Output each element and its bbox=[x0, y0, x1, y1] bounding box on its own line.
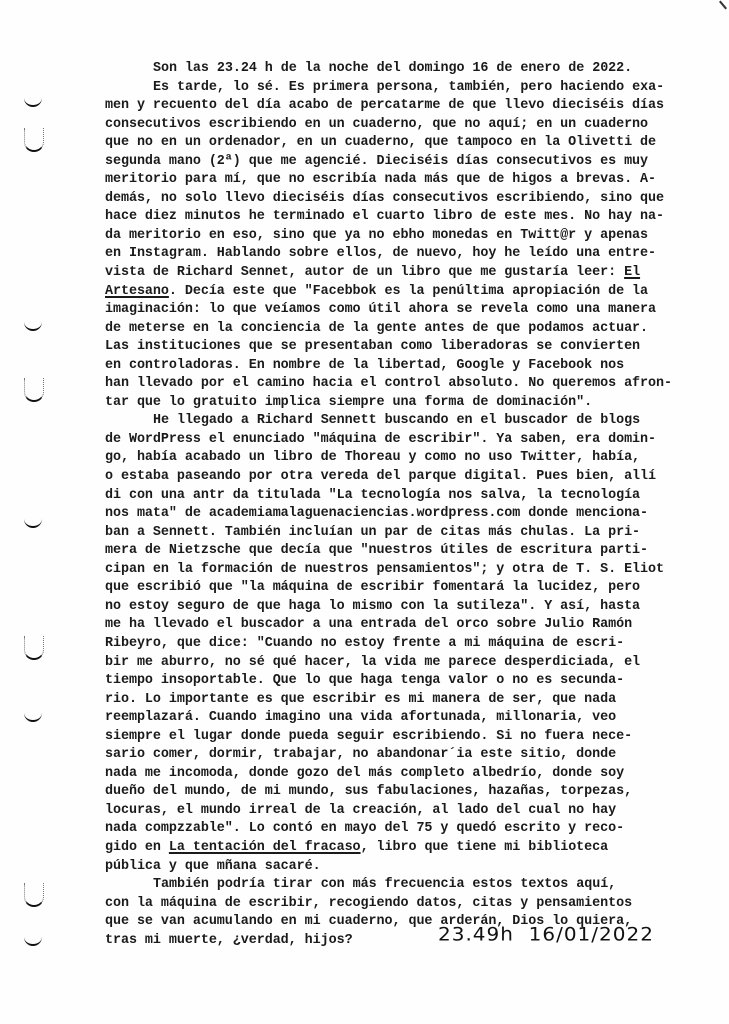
text-line: segunda mano (2ª) que me agencié. Diecis… bbox=[105, 153, 705, 172]
text-line: He llegado a Richard Sennett buscando en… bbox=[105, 412, 705, 431]
text-line: go, había acabado un libro de Thoreau y … bbox=[105, 449, 705, 468]
text-line: nada me incomoda, donde gozo del más com… bbox=[105, 765, 705, 784]
text-line: imaginación: lo que veíamos como útil ah… bbox=[105, 301, 705, 320]
text-line: rio. Lo importante es que escribir es mi… bbox=[105, 691, 705, 710]
binding-hole-mark bbox=[24, 518, 42, 528]
binding-hole-mark bbox=[24, 936, 42, 946]
text-line: que escribió que "la máquina de escribir… bbox=[105, 579, 705, 598]
binding-hole-mark bbox=[24, 378, 44, 402]
text-line: sario comer, dormir, trabajar, no abando… bbox=[105, 746, 705, 765]
text-line: nos mata" de academiamalaguenaciencias.w… bbox=[105, 505, 705, 524]
text-segment: . Decía este que "Facebbok es la penúlti… bbox=[169, 284, 648, 299]
text-line: tiempo insoportable. Que lo que haga ten… bbox=[105, 672, 705, 691]
text-line: en Instagram. Hablando sobre ellos, de n… bbox=[105, 245, 705, 264]
text-line: pública y que mñana sacaré. bbox=[105, 858, 705, 877]
text-line: consecutivos escribiendo en un cuaderno,… bbox=[105, 116, 705, 135]
text-line: de WordPress el enunciado "máquina de es… bbox=[105, 431, 705, 450]
binding-hole-mark bbox=[24, 128, 44, 152]
text-line: siempre el lugar donde pueda seguir escr… bbox=[105, 728, 705, 747]
text-line: han llevado por el camino hacia el contr… bbox=[105, 375, 705, 394]
text-line: o estaba paseando por otra vereda del pa… bbox=[105, 468, 705, 487]
underlined-title: Artesano bbox=[105, 284, 169, 299]
corner-scan-mark bbox=[719, 1, 727, 10]
text-line: me ha llevado el buscador a una entrada … bbox=[105, 616, 705, 635]
text-line: bir me aburro, no sé qué hacer, la vida … bbox=[105, 654, 705, 673]
text-line: cipan en la formación de nuestros pensam… bbox=[105, 561, 705, 580]
text-line: di con una antr da titulada "La tecnolog… bbox=[105, 487, 705, 506]
text-line: meritorio para mí, que no escribía nada … bbox=[105, 171, 705, 190]
text-line: Las instituciones que se presentaban com… bbox=[105, 338, 705, 357]
typewritten-page: Son las 23.24 h de la noche del domingo … bbox=[0, 0, 729, 1024]
underlined-title: El bbox=[624, 265, 640, 280]
binding-hole-mark bbox=[24, 712, 42, 722]
binding-hole-mark bbox=[24, 883, 44, 907]
text-line: nada compzzable". Lo contó en mayo del 7… bbox=[105, 820, 705, 839]
text-segment: , libro que tiene mi biblioteca bbox=[361, 840, 609, 855]
text-line: demás, no solo llevo dieciséis días cons… bbox=[105, 190, 705, 209]
text-line: mera de Nietzsche que decía que "nuestro… bbox=[105, 542, 705, 561]
binding-hole-mark bbox=[24, 97, 42, 107]
text-line: Es tarde, lo sé. Es primera persona, tam… bbox=[105, 79, 705, 98]
text-line: tar que lo gratuito implica siempre una … bbox=[105, 394, 705, 413]
text-line: vista de Richard Sennet, autor de un lib… bbox=[105, 264, 705, 283]
text-line: dueño del mundo, de mi mundo, sus fabula… bbox=[105, 783, 705, 802]
text-line: ban a Sennett. También incluían un par d… bbox=[105, 524, 705, 543]
text-segment: gido en bbox=[105, 840, 169, 855]
text-line: que no en un ordenador, en un cuaderno, … bbox=[105, 134, 705, 153]
text-line: no estoy seguro de que haga lo mismo con… bbox=[105, 598, 705, 617]
text-line: reemplazará. Cuando imagino una vida afo… bbox=[105, 709, 705, 728]
text-line: Artesano. Decía este que "Facebbok es la… bbox=[105, 283, 705, 302]
text-line: locuras, el mundo irreal de la creación,… bbox=[105, 802, 705, 821]
typed-body-text: Son las 23.24 h de la noche del domingo … bbox=[105, 60, 705, 950]
text-line: También podría tirar con más frecuencia … bbox=[105, 876, 705, 895]
handwritten-time-date: 23.49h 16/01/2022 bbox=[438, 923, 654, 946]
underlined-title: La tentación del fracaso bbox=[169, 840, 361, 855]
text-line: men y recuento del día acabo de percatar… bbox=[105, 97, 705, 116]
text-line: con la máquina de escribir, recogiendo d… bbox=[105, 895, 705, 914]
text-line: Ribeyro, que dice: "Cuando no estoy fren… bbox=[105, 635, 705, 654]
binding-hole-mark bbox=[24, 636, 44, 660]
text-line: gido en La tentación del fracaso, libro … bbox=[105, 839, 705, 858]
text-line: hace diez minutos he terminado el cuarto… bbox=[105, 208, 705, 227]
text-line: en controladoras. En nombre de la libert… bbox=[105, 357, 705, 376]
binding-hole-mark bbox=[24, 321, 42, 331]
text-line: da meritorio en eso, sino que ya no ebho… bbox=[105, 227, 705, 246]
text-line: Son las 23.24 h de la noche del domingo … bbox=[105, 60, 705, 79]
text-segment: vista de Richard Sennet, autor de un lib… bbox=[105, 265, 624, 280]
text-line: de meterse en la conciencia de la gente … bbox=[105, 320, 705, 339]
